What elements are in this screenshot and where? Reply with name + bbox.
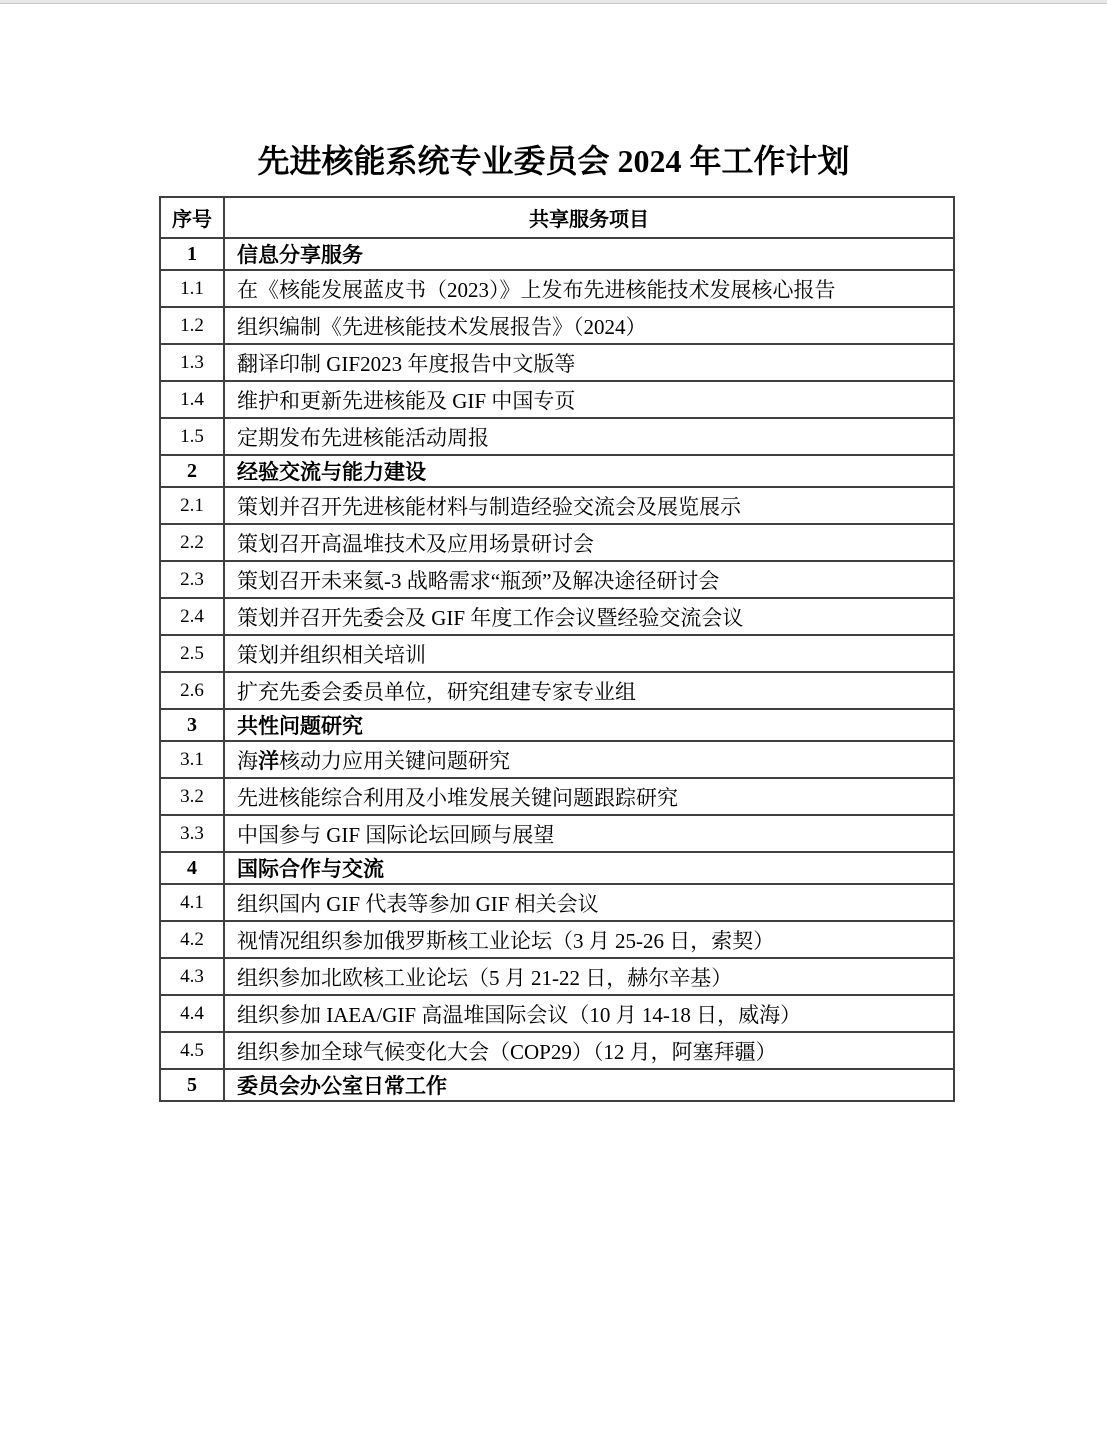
section-row: 4国际合作与交流 [160, 852, 954, 884]
section-row: 3共性问题研究 [160, 709, 954, 741]
bold-text-fragment: 洋 [258, 749, 279, 773]
item-row: 1.5定期发布先进核能活动周报 [160, 418, 954, 455]
item-row: 4.5组织参加全球气候变化大会（COP29）（12 月，阿塞拜疆） [160, 1032, 954, 1069]
item-row: 2.3策划召开未来氦-3 战略需求“瓶颈”及解决途径研讨会 [160, 561, 954, 598]
item-row: 4.2视情况组织参加俄罗斯核工业论坛（3 月 25-26 日，索契） [160, 921, 954, 958]
row-number: 4.2 [160, 921, 224, 958]
row-number: 2.5 [160, 635, 224, 672]
item-row: 1.3翻译印制 GIF2023 年度报告中文版等 [160, 344, 954, 381]
item-row: 2.5策划并组织相关培训 [160, 635, 954, 672]
row-item-text: 定期发布先进核能活动周报 [224, 418, 954, 455]
row-number: 2 [160, 455, 224, 487]
row-item-text: 在《核能发展蓝皮书（2023）》上发布先进核能技术发展核心报告 [224, 270, 954, 307]
row-number: 2.6 [160, 672, 224, 709]
section-row: 1信息分享服务 [160, 238, 954, 270]
row-number: 1.1 [160, 270, 224, 307]
row-number: 2.1 [160, 487, 224, 524]
item-row: 4.3组织参加北欧核工业论坛（5 月 21-22 日，赫尔辛基） [160, 958, 954, 995]
row-number: 1.3 [160, 344, 224, 381]
item-row: 2.6扩充先委会委员单位，研究组建专家专业组 [160, 672, 954, 709]
section-row: 5委员会办公室日常工作 [160, 1069, 954, 1101]
row-item-text: 策划并召开先进核能材料与制造经验交流会及展览展示 [224, 487, 954, 524]
column-header-number: 序号 [160, 197, 224, 238]
row-number: 3.3 [160, 815, 224, 852]
row-item-text: 经验交流与能力建设 [224, 455, 954, 487]
item-row: 2.1策划并召开先进核能材料与制造经验交流会及展览展示 [160, 487, 954, 524]
item-row: 1.4维护和更新先进核能及 GIF 中国专页 [160, 381, 954, 418]
viewer-top-bar [0, 0, 1107, 4]
row-item-text: 信息分享服务 [224, 238, 954, 270]
row-number: 3.2 [160, 778, 224, 815]
row-item-text: 组织编制《先进核能技术发展报告》（2024） [224, 307, 954, 344]
item-row: 2.2策划召开高温堆技术及应用场景研讨会 [160, 524, 954, 561]
row-number: 2.4 [160, 598, 224, 635]
work-plan-table: 序号 共享服务项目 1信息分享服务1.1在《核能发展蓝皮书（2023）》上发布先… [159, 196, 955, 1102]
item-row: 3.3中国参与 GIF 国际论坛回顾与展望 [160, 815, 954, 852]
row-item-text: 扩充先委会委员单位，研究组建专家专业组 [224, 672, 954, 709]
item-row: 3.2先进核能综合利用及小堆发展关键问题跟踪研究 [160, 778, 954, 815]
row-item-text: 组织国内 GIF 代表等参加 GIF 相关会议 [224, 884, 954, 921]
document-title: 先进核能系统专业委员会 2024 年工作计划 [0, 136, 1107, 182]
item-row: 1.1在《核能发展蓝皮书（2023）》上发布先进核能技术发展核心报告 [160, 270, 954, 307]
item-row: 3.1海洋核动力应用关键问题研究 [160, 741, 954, 778]
row-number: 4.5 [160, 1032, 224, 1069]
row-item-text: 视情况组织参加俄罗斯核工业论坛（3 月 25-26 日，索契） [224, 921, 954, 958]
text-fragment: 海 [237, 749, 258, 773]
section-row: 2经验交流与能力建设 [160, 455, 954, 487]
row-number: 1.4 [160, 381, 224, 418]
row-item-text: 委员会办公室日常工作 [224, 1069, 954, 1101]
row-number: 1 [160, 238, 224, 270]
row-item-text: 翻译印制 GIF2023 年度报告中文版等 [224, 344, 954, 381]
row-number: 4.3 [160, 958, 224, 995]
item-row: 4.1组织国内 GIF 代表等参加 GIF 相关会议 [160, 884, 954, 921]
row-number: 4.4 [160, 995, 224, 1032]
row-number: 1.2 [160, 307, 224, 344]
row-item-text: 策划并召开先委会及 GIF 年度工作会议暨经验交流会议 [224, 598, 954, 635]
item-row: 1.2组织编制《先进核能技术发展报告》（2024） [160, 307, 954, 344]
row-item-text: 策划召开高温堆技术及应用场景研讨会 [224, 524, 954, 561]
row-number: 2.2 [160, 524, 224, 561]
row-item-text: 维护和更新先进核能及 GIF 中国专页 [224, 381, 954, 418]
row-item-text: 组织参加 IAEA/GIF 高温堆国际会议（10 月 14-18 日，威海） [224, 995, 954, 1032]
row-item-text: 策划召开未来氦-3 战略需求“瓶颈”及解决途径研讨会 [224, 561, 954, 598]
row-number: 4 [160, 852, 224, 884]
row-number: 4.1 [160, 884, 224, 921]
row-item-text: 组织参加北欧核工业论坛（5 月 21-22 日，赫尔辛基） [224, 958, 954, 995]
row-item-text: 国际合作与交流 [224, 852, 954, 884]
row-number: 2.3 [160, 561, 224, 598]
item-row: 2.4策划并召开先委会及 GIF 年度工作会议暨经验交流会议 [160, 598, 954, 635]
column-header-item: 共享服务项目 [224, 197, 954, 238]
row-number: 3 [160, 709, 224, 741]
row-number: 5 [160, 1069, 224, 1101]
row-item-text: 组织参加全球气候变化大会（COP29）（12 月，阿塞拜疆） [224, 1032, 954, 1069]
text-fragment: 核动力应用关键问题研究 [279, 749, 510, 773]
row-item-text: 策划并组织相关培训 [224, 635, 954, 672]
row-number: 1.5 [160, 418, 224, 455]
item-row: 4.4组织参加 IAEA/GIF 高温堆国际会议（10 月 14-18 日，威海… [160, 995, 954, 1032]
row-item-text: 先进核能综合利用及小堆发展关键问题跟踪研究 [224, 778, 954, 815]
row-number: 3.1 [160, 741, 224, 778]
row-item-text: 共性问题研究 [224, 709, 954, 741]
table-header-row: 序号 共享服务项目 [160, 197, 954, 238]
row-item-text: 中国参与 GIF 国际论坛回顾与展望 [224, 815, 954, 852]
row-item-text: 海洋核动力应用关键问题研究 [224, 741, 954, 778]
